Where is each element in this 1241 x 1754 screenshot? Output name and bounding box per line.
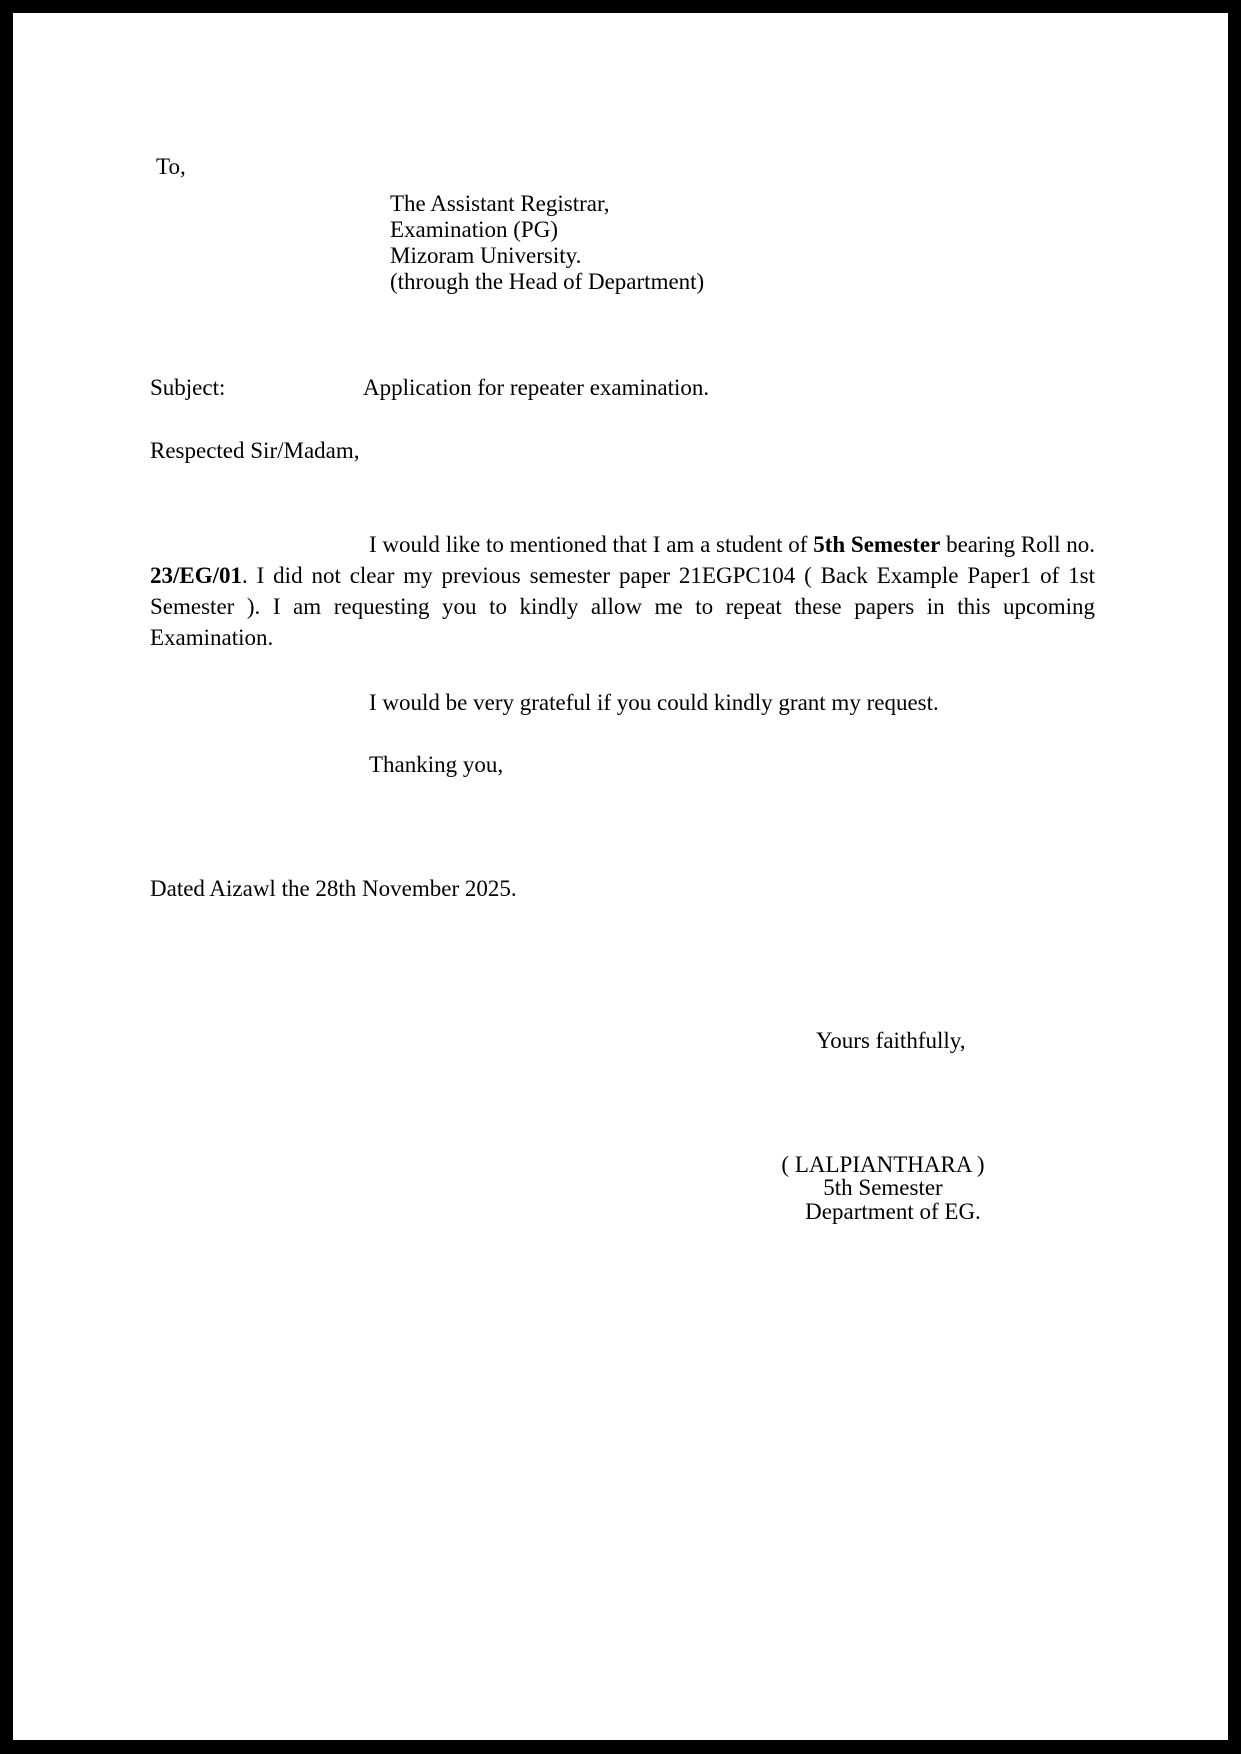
body-paragraph-2: I would be very grateful if you could ki… — [369, 690, 939, 716]
recipient-line-2: Examination (PG) — [390, 217, 558, 243]
recipient-line-1: The Assistant Registrar, — [390, 191, 609, 217]
letter-page: To, The Assistant Registrar, Examination… — [13, 13, 1228, 1740]
subject-text: Application for repeater examination. — [363, 375, 709, 401]
signature-semester: 5th Semester — [753, 1175, 1013, 1201]
closing: Yours faithfully, — [816, 1028, 966, 1054]
signature-department: Department of EG. — [763, 1199, 1023, 1225]
semester-bold: 5th Semester — [813, 532, 940, 557]
subject-label: Subject: — [150, 375, 225, 401]
thanking-line: Thanking you, — [369, 752, 503, 778]
body-paragraph-1: I would like to mentioned that I am a st… — [150, 529, 1095, 653]
dated-line: Dated Aizawl the 28th November 2025. — [150, 876, 517, 902]
to-label: To, — [156, 154, 186, 180]
roll-number-bold: 23/EG/01 — [150, 563, 242, 588]
salutation: Respected Sir/Madam, — [150, 438, 360, 464]
recipient-line-3: Mizoram University. — [390, 243, 581, 269]
recipient-line-4: (through the Head of Department) — [390, 269, 704, 295]
